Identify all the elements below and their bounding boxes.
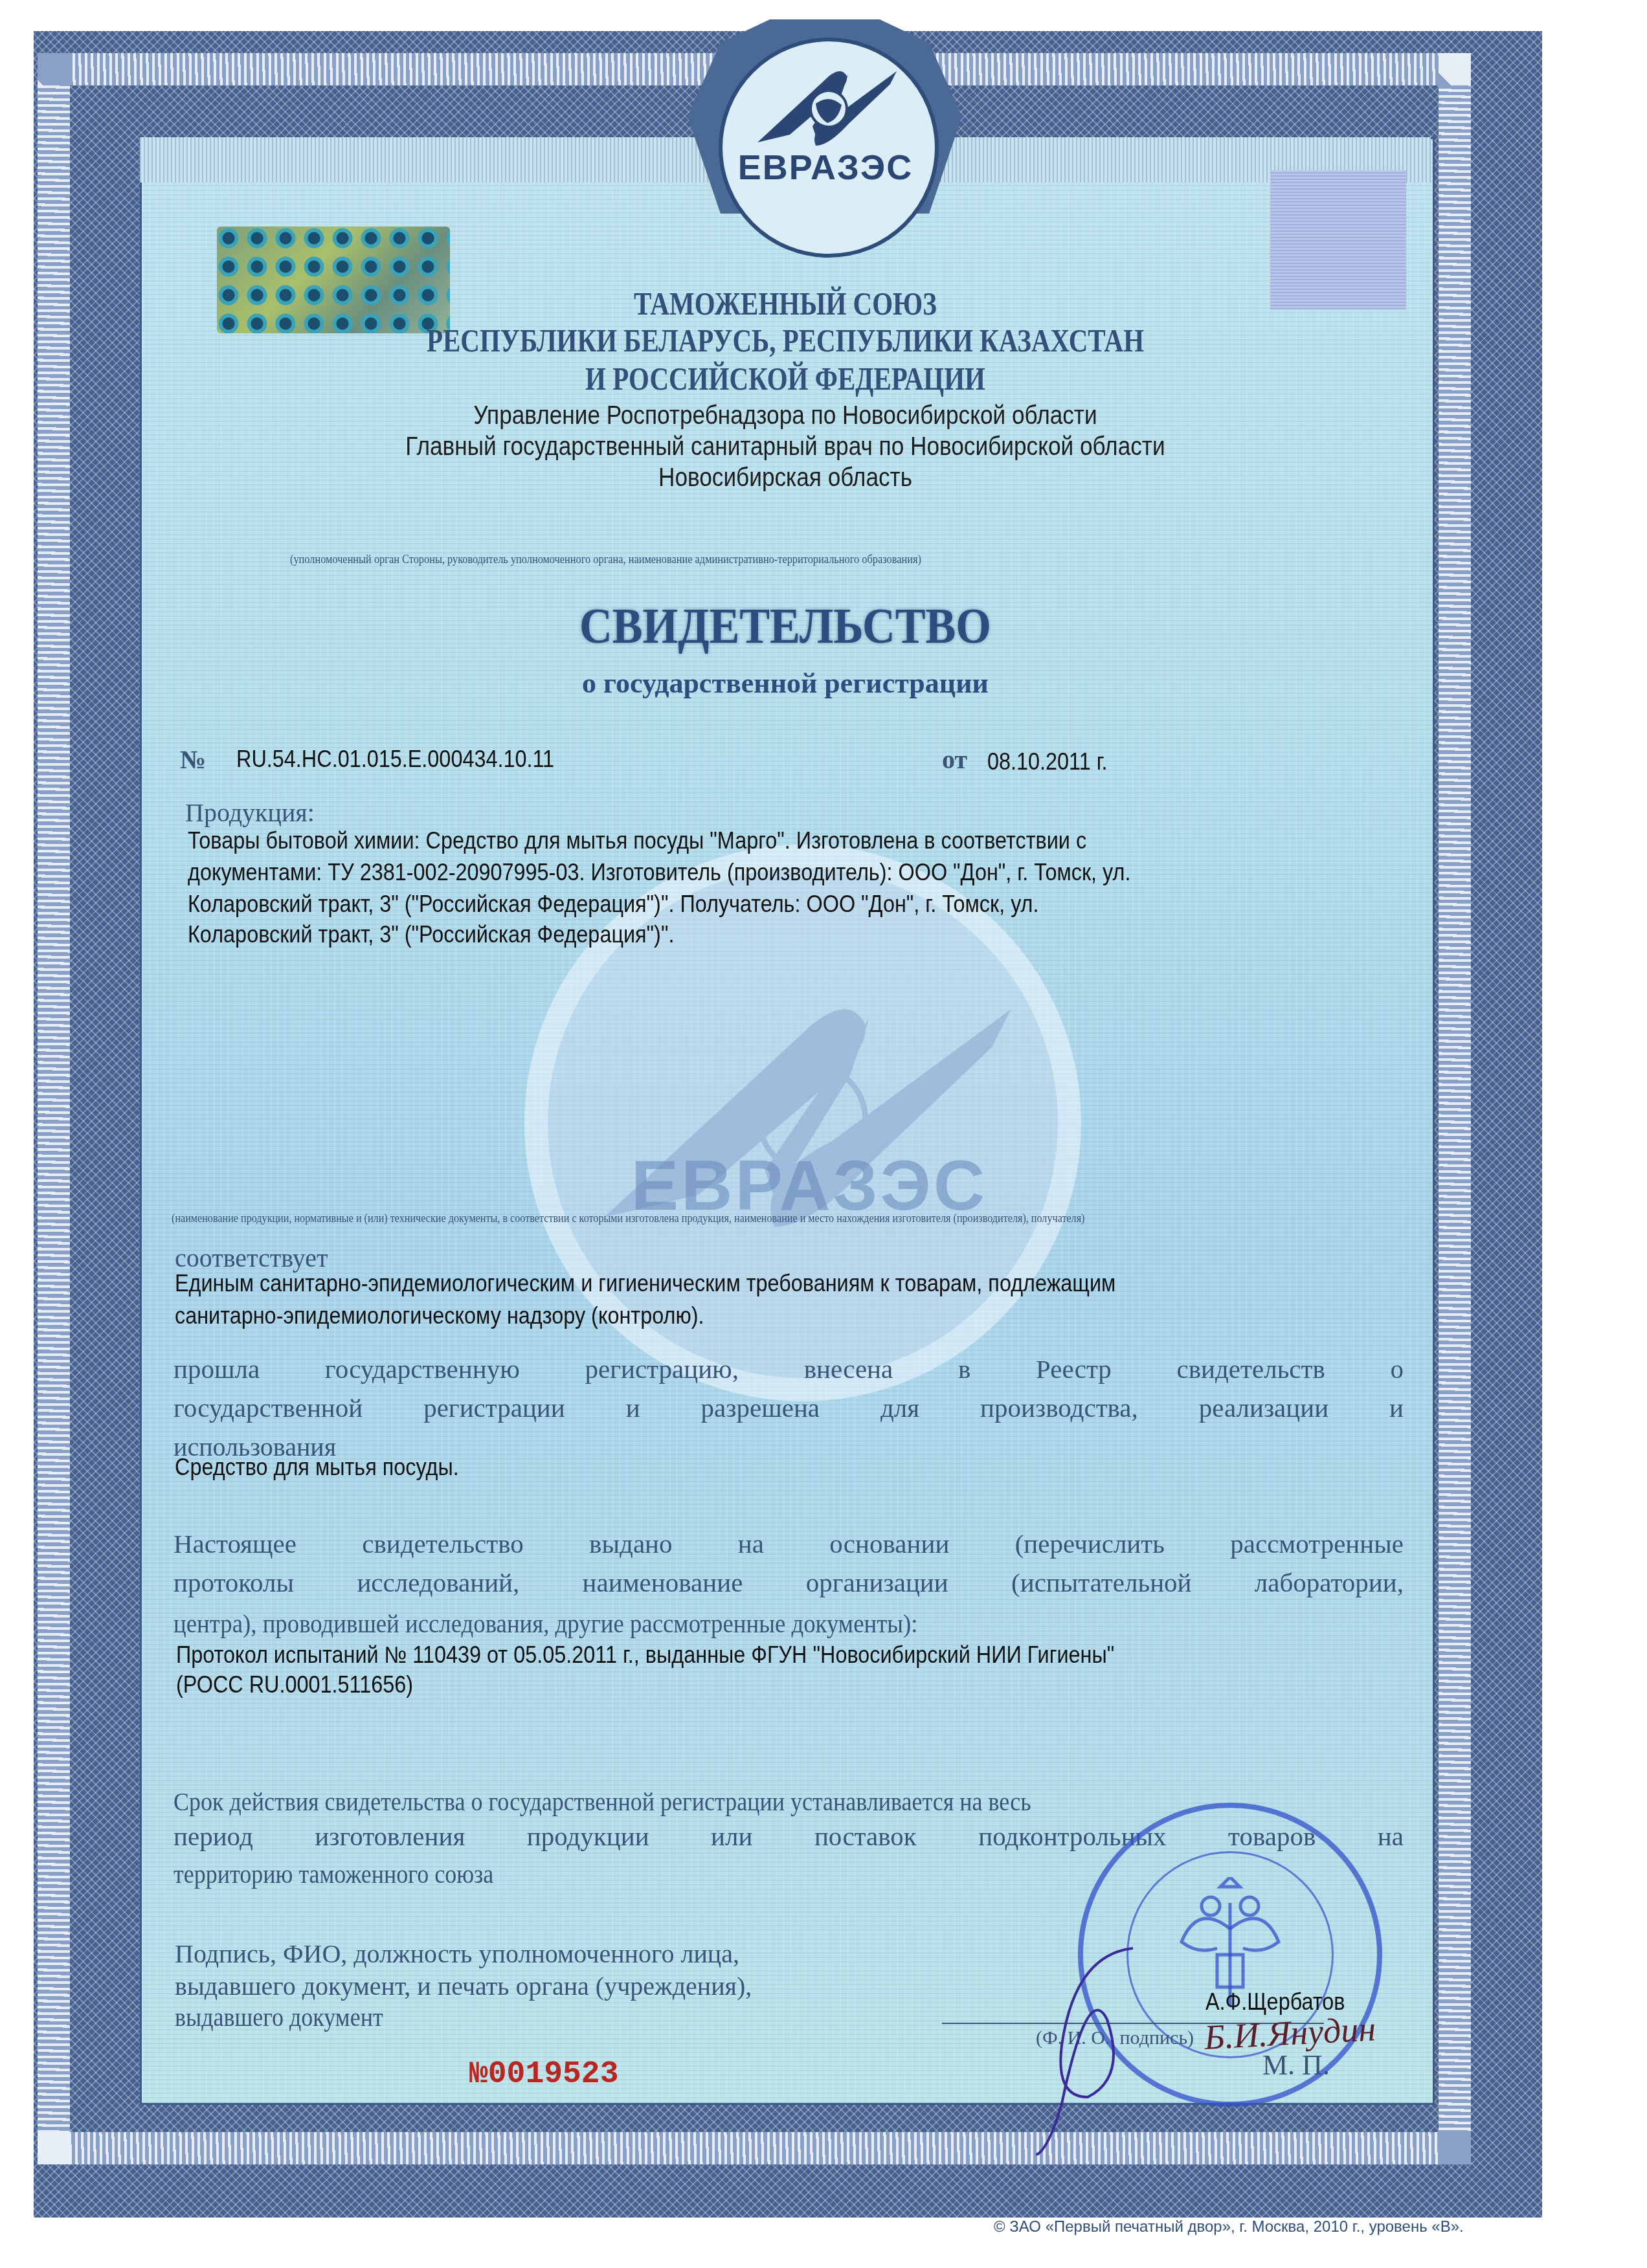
signature-label-line-2: выдавшего документ, и печать органа (учр… xyxy=(175,1971,667,2001)
signature-scribble-icon xyxy=(1036,1942,1165,2155)
certificate-title: СВИДЕТЕЛЬСТВО xyxy=(205,597,1367,655)
authority-caption: (уполномоченный орган Стороны, руководит… xyxy=(290,553,921,567)
validity-line-3: территорию таможенного союза xyxy=(174,1859,493,1889)
certificate-subtitle: о государственной регистрации xyxy=(140,667,1431,700)
date-label: от xyxy=(942,744,967,775)
validity-line-1: Срок действия свидетельства о государств… xyxy=(174,1786,1031,1817)
product-line-1: Товары бытовой химии: Средство для мытья… xyxy=(188,827,1086,854)
registered-line-2: государственной регистрации и разрешена … xyxy=(174,1395,1404,1421)
basis-line-3: центра), проводившей исследования, други… xyxy=(174,1608,917,1639)
product-line-2: документами: ТУ 2381-002-20907995-03. Из… xyxy=(188,859,1131,886)
compliance-label: соответствует xyxy=(175,1243,328,1273)
basis-value-1: Протокол испытаний № 110439 от 05.05.201… xyxy=(176,1641,1114,1669)
registered-line-1: прошла государственную регистрацию, внес… xyxy=(174,1356,1404,1383)
header-line-1: ТАМОЖЕННЫЙ СОЮЗ xyxy=(256,285,1314,322)
header-line-2: РЕСПУБЛИКИ БЕЛАРУСЬ, РЕСПУБЛИКИ КАЗАХСТА… xyxy=(256,322,1314,359)
emblem-text: ЕВРАЗЭС xyxy=(686,148,965,188)
product-label: Продукция: xyxy=(185,797,315,828)
authority-line-3: Новосибирская область xyxy=(218,463,1354,493)
basis-line-2: протоколы исследований, наименование орг… xyxy=(174,1570,1404,1596)
product-line-4: Коларовский тракт, 3" ("Российская Федер… xyxy=(188,921,674,948)
product-caption: (наименование продукции, нормативные и (… xyxy=(172,1212,1084,1226)
product-line-3: Коларовский тракт, 3" ("Российская Федер… xyxy=(188,891,1039,918)
printer-footer: © ЗАО «Первый печатный двор», г. Москва,… xyxy=(994,2218,1464,2236)
registration-date: 08.10.2011 г. xyxy=(987,748,1108,775)
number-label: № xyxy=(180,744,206,775)
evrazes-logo-icon xyxy=(751,65,900,149)
registration-number: RU.54.НС.01.015.Е.000434.10.11 xyxy=(236,746,554,773)
compliance-line-2: санитарно-эпидемиологическому надзору (к… xyxy=(175,1302,704,1329)
seal-label: М. П. xyxy=(1262,2049,1330,2082)
usage-value: Средство для мытья посуды. xyxy=(175,1454,459,1481)
basis-value-2: (РОСС RU.0001.511656) xyxy=(176,1671,413,1698)
authority-line-1: Управление Роспотребнадзора по Новосибир… xyxy=(218,401,1354,430)
signature-label-line-1: Подпись, ФИО, должность уполномоченного … xyxy=(175,1939,667,1969)
basis-line-1: Настоящее свидетельство выдано на основа… xyxy=(174,1531,1404,1557)
blank-serial-number: №0019523 xyxy=(469,2057,618,2092)
authority-line-2: Главный государственный санитарный врач … xyxy=(218,432,1354,461)
header-line-3: И РОССИЙСКОЙ ФЕДЕРАЦИИ xyxy=(256,360,1314,397)
signature-label-line-3: выдавшего документ xyxy=(175,2002,383,2032)
compliance-line-1: Единым санитарно-эпидемиологическим и ги… xyxy=(175,1270,1115,1297)
